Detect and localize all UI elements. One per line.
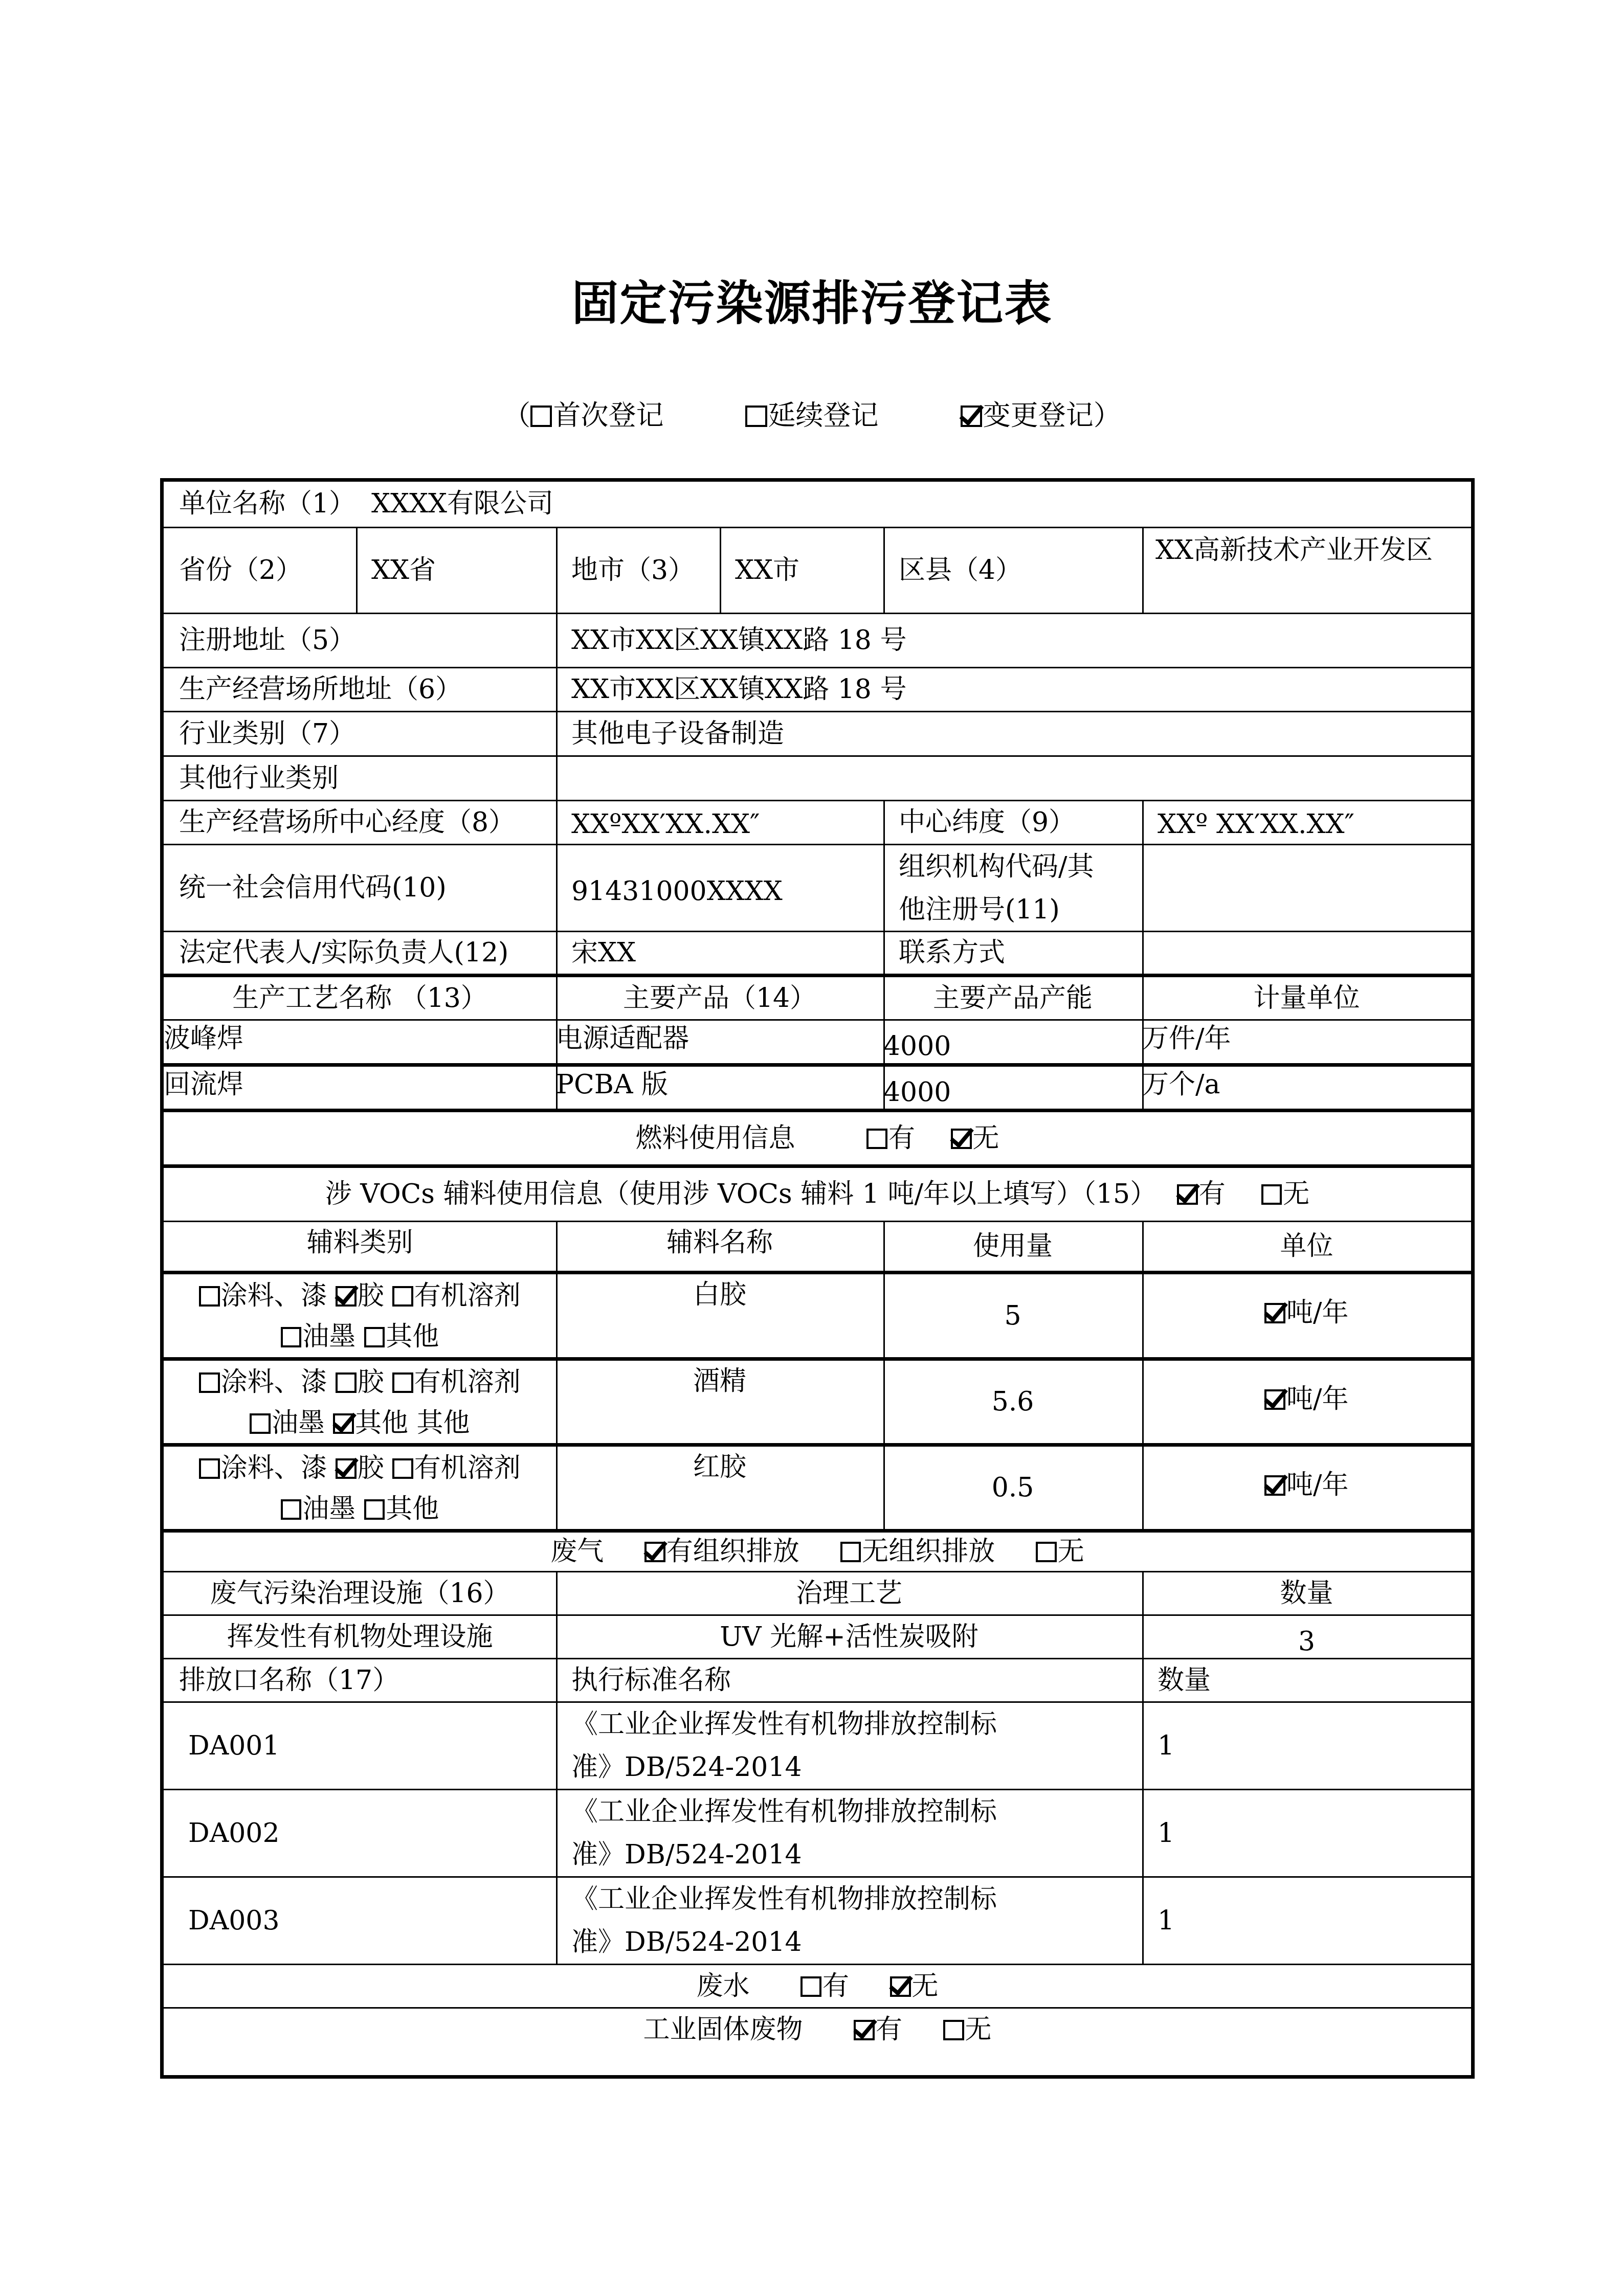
checkbox-checked-icon[interactable] bbox=[1264, 1389, 1285, 1410]
cat-glue[interactable]: 胶 bbox=[336, 1367, 384, 1398]
production-row-2-process[interactable]: 回流焊 bbox=[164, 1067, 556, 1109]
checkbox-checked-icon[interactable] bbox=[1264, 1303, 1285, 1324]
cat-solvent[interactable]: 有机溶剂 bbox=[392, 1280, 521, 1311]
facility-header-name: 废气污染治理设施（16） bbox=[164, 1572, 556, 1614]
checkbox-icon[interactable] bbox=[336, 1372, 357, 1393]
vocs-row-2-name[interactable]: 酒精 bbox=[556, 1361, 883, 1443]
outlet-3-count[interactable]: 1 bbox=[1142, 1878, 1471, 1964]
table-divider bbox=[883, 1222, 885, 1529]
checkbox-icon[interactable] bbox=[364, 1327, 385, 1348]
vocs-row-3-name[interactable]: 红胶 bbox=[556, 1447, 883, 1529]
table-divider bbox=[556, 614, 558, 974]
waste-water-option-no[interactable]: 无 bbox=[890, 1971, 939, 2001]
waste-water-option-yes[interactable]: 有 bbox=[800, 1971, 849, 2001]
cat-coating[interactable]: 涂料、漆 bbox=[199, 1280, 327, 1311]
cat-other[interactable]: 其他 bbox=[333, 1408, 408, 1438]
checkbox-checked-icon[interactable] bbox=[961, 406, 982, 427]
table-divider bbox=[1142, 528, 1144, 613]
vocs-header-amount: 使用量 bbox=[883, 1222, 1142, 1271]
checkbox-checked-icon[interactable] bbox=[644, 1542, 665, 1563]
table-divider bbox=[556, 977, 558, 1109]
option-renewal-registration[interactable]: 延续登记 bbox=[745, 394, 878, 433]
contact-value[interactable] bbox=[1142, 932, 1471, 974]
vocs-row-1-unit[interactable]: 吨/年 bbox=[1142, 1274, 1471, 1357]
solid-waste-row: 工业固体废物有无 bbox=[164, 2009, 1471, 2051]
production-header-product: 主要产品（14） bbox=[556, 977, 883, 1019]
option-first-registration[interactable]: 首次登记 bbox=[530, 394, 663, 433]
table-divider bbox=[164, 1443, 1471, 1447]
checkbox-checked-icon[interactable] bbox=[854, 2020, 875, 2041]
cat-ink[interactable]: 油墨 bbox=[250, 1408, 325, 1438]
latitude-value[interactable]: XXº XX′XX.XX″ bbox=[1142, 801, 1471, 844]
latitude-label: 中心纬度（9） bbox=[883, 801, 1142, 844]
unit-name-label: 单位名称（1） bbox=[164, 482, 356, 527]
waste-gas-option-unorganized[interactable]: 无组织排放 bbox=[840, 1536, 995, 1567]
facility-count[interactable]: 3 bbox=[1142, 1616, 1471, 1658]
table-divider bbox=[1142, 977, 1144, 1109]
checkbox-icon[interactable] bbox=[943, 2020, 964, 2041]
table-divider bbox=[356, 528, 358, 613]
cat-ink[interactable]: 油墨 bbox=[281, 1494, 356, 1524]
checkbox-icon[interactable] bbox=[840, 1542, 861, 1563]
outlet-2-count[interactable]: 1 bbox=[1142, 1790, 1471, 1876]
checkbox-icon[interactable] bbox=[364, 1499, 385, 1520]
reg-address-value[interactable]: XX市XX区XX镇XX路 18 号 bbox=[556, 614, 1471, 667]
site-address-label: 生产经营场所地址（6） bbox=[164, 668, 556, 711]
outlet-1-count[interactable]: 1 bbox=[1142, 1703, 1471, 1789]
facility-process[interactable]: UV 光解+活性炭吸附 bbox=[556, 1616, 1142, 1658]
county-label: 区县（4） bbox=[883, 528, 1142, 613]
table-divider bbox=[164, 1271, 1471, 1274]
legal-rep-value[interactable]: 宋XX bbox=[556, 932, 883, 974]
waste-water-row: 废水有无 bbox=[164, 1965, 1471, 2007]
other-industry-label: 其他行业类别 bbox=[164, 757, 556, 800]
cat-glue[interactable]: 胶 bbox=[336, 1280, 384, 1311]
checkbox-icon[interactable] bbox=[530, 406, 552, 427]
production-row-1-process[interactable]: 波峰焊 bbox=[164, 1021, 556, 1063]
table-divider bbox=[556, 1222, 558, 1529]
outlet-1-name[interactable]: DA001 bbox=[164, 1703, 556, 1789]
city-label: 地市（3） bbox=[556, 528, 720, 613]
table-divider bbox=[164, 1357, 1471, 1361]
checkbox-icon[interactable] bbox=[392, 1286, 413, 1307]
solid-waste-option-no[interactable]: 无 bbox=[943, 2014, 992, 2045]
table-divider bbox=[164, 1063, 1471, 1067]
table-divider bbox=[883, 801, 885, 974]
province-value[interactable]: XX省 bbox=[356, 528, 556, 613]
vocs-row-3-amount[interactable]: 0.5 bbox=[883, 1447, 1142, 1529]
checkbox-icon[interactable] bbox=[1261, 1184, 1282, 1205]
checkbox-icon[interactable] bbox=[199, 1458, 220, 1479]
registration-form-table: 单位名称（1） XXXX有限公司 省份（2） XX省 地市（3） XX市 区县（… bbox=[160, 478, 1475, 2079]
contact-label: 联系方式 bbox=[883, 932, 1142, 974]
checkbox-icon[interactable] bbox=[199, 1372, 220, 1393]
outlet-header-count: 数量 bbox=[1142, 1659, 1471, 1701]
fuel-option-no[interactable]: 无 bbox=[951, 1123, 999, 1154]
longitude-label: 生产经营场所中心经度（8） bbox=[164, 801, 556, 844]
longitude-value[interactable]: XXºXX′XX.XX″ bbox=[556, 801, 883, 844]
vocs-row-2-category: 涂料、漆 胶 有机溶剂 油墨 其他 其他 bbox=[164, 1361, 556, 1443]
cat-other[interactable]: 其他 bbox=[364, 1321, 439, 1352]
vocs-row-1-category: 涂料、漆 胶 有机溶剂 油墨 其他 bbox=[164, 1274, 556, 1357]
outlet-2-name[interactable]: DA002 bbox=[164, 1790, 556, 1876]
checkbox-checked-icon[interactable] bbox=[333, 1413, 354, 1434]
option-change-registration[interactable]: 变更登记 bbox=[961, 394, 1094, 433]
county-value[interactable]: XX高新技术产业开发区 bbox=[1142, 528, 1471, 613]
registration-type-line: （首次登记延续登记变更登记） bbox=[0, 394, 1624, 433]
city-value[interactable]: XX市 bbox=[720, 528, 883, 613]
reg-address-label: 注册地址（5） bbox=[164, 614, 556, 667]
legal-rep-label: 法定代表人/实际负责人(12) bbox=[164, 932, 556, 974]
solid-waste-option-yes[interactable]: 有 bbox=[854, 2014, 902, 2045]
checkbox-icon[interactable] bbox=[281, 1327, 302, 1348]
checkbox-icon[interactable] bbox=[392, 1458, 413, 1479]
table-divider bbox=[556, 1572, 558, 1964]
industry-value[interactable]: 其他电子设备制造 bbox=[556, 712, 1471, 755]
vocs-header-name: 辅料名称 bbox=[556, 1222, 883, 1271]
table-divider bbox=[164, 974, 1471, 977]
checkbox-icon[interactable] bbox=[1036, 1542, 1057, 1563]
vocs-option-no[interactable]: 无 bbox=[1261, 1179, 1310, 1209]
vocs-row-1-name[interactable]: 白胶 bbox=[556, 1274, 883, 1357]
org-code-label: 组织机构代码/其他注册号(11) bbox=[883, 845, 1142, 931]
cat-coating[interactable]: 涂料、漆 bbox=[199, 1453, 327, 1483]
production-row-2-capacity[interactable]: 4000 bbox=[883, 1067, 1142, 1109]
checkbox-checked-icon[interactable] bbox=[336, 1458, 357, 1479]
table-divider bbox=[1142, 1222, 1144, 1529]
cat-solvent[interactable]: 有机溶剂 bbox=[392, 1367, 521, 1398]
table-divider bbox=[164, 1164, 1471, 1168]
fuel-usage-row: 燃料使用信息有无 bbox=[164, 1112, 1471, 1164]
checkbox-icon[interactable] bbox=[199, 1286, 220, 1307]
credit-code-value[interactable]: 91431000XXXX bbox=[556, 845, 883, 931]
cat-glue[interactable]: 胶 bbox=[336, 1453, 384, 1483]
facility-header-process: 治理工艺 bbox=[556, 1572, 1142, 1614]
checkbox-checked-icon[interactable] bbox=[951, 1129, 972, 1150]
open-paren: （ bbox=[503, 394, 530, 433]
outlet-3-standard[interactable]: 《工业企业挥发性有机物排放控制标准》DB/524-2014 bbox=[556, 1878, 1142, 1964]
checkbox-checked-icon[interactable] bbox=[1177, 1184, 1198, 1205]
checkbox-checked-icon[interactable] bbox=[336, 1286, 357, 1307]
table-divider bbox=[1142, 801, 1144, 974]
cat-solvent[interactable]: 有机溶剂 bbox=[392, 1453, 521, 1483]
cat-ink[interactable]: 油墨 bbox=[281, 1321, 356, 1352]
cat-other-text[interactable]: 其他 bbox=[417, 1408, 470, 1438]
outlet-1-standard[interactable]: 《工业企业挥发性有机物排放控制标准》DB/524-2014 bbox=[556, 1703, 1142, 1789]
outlet-2-standard[interactable]: 《工业企业挥发性有机物排放控制标准》DB/524-2014 bbox=[556, 1790, 1142, 1876]
production-header-capacity: 主要产品产能 bbox=[883, 977, 1142, 1019]
vocs-row-3-unit[interactable]: 吨/年 bbox=[1142, 1447, 1471, 1529]
vocs-row-3-category: 涂料、漆 胶 有机溶剂 油墨 其他 bbox=[164, 1447, 556, 1529]
vocs-option-yes[interactable]: 有 bbox=[1177, 1179, 1226, 1209]
table-divider bbox=[164, 1529, 1471, 1533]
production-row-1-product[interactable]: 电源适配器 bbox=[556, 1021, 883, 1063]
checkbox-icon[interactable] bbox=[250, 1413, 271, 1434]
waste-gas-option-organized[interactable]: 有组织排放 bbox=[644, 1536, 799, 1567]
close-paren: ） bbox=[1094, 394, 1121, 433]
site-address-value[interactable]: XX市XX区XX镇XX路 18 号 bbox=[556, 668, 1471, 711]
production-header-unit: 计量单位 bbox=[1142, 977, 1471, 1019]
checkbox-icon[interactable] bbox=[800, 1976, 821, 1997]
industry-label: 行业类别（7） bbox=[164, 712, 556, 755]
checkbox-icon[interactable] bbox=[392, 1372, 413, 1393]
vocs-row-2-unit[interactable]: 吨/年 bbox=[1142, 1361, 1471, 1443]
table-divider bbox=[883, 528, 885, 613]
table-divider bbox=[883, 977, 885, 1109]
table-divider bbox=[1142, 1572, 1144, 1964]
checkbox-checked-icon[interactable] bbox=[1264, 1475, 1285, 1496]
waste-gas-row: 废气有组织排放无组织排放无 bbox=[164, 1533, 1471, 1571]
production-header-process: 生产工艺名称 （13） bbox=[164, 977, 556, 1019]
cat-other[interactable]: 其他 bbox=[364, 1494, 439, 1524]
vocs-header-unit: 单位 bbox=[1142, 1222, 1471, 1271]
outlet-header-name: 排放口名称（17） bbox=[164, 1659, 556, 1701]
table-divider bbox=[556, 528, 558, 613]
production-row-1-unit[interactable]: 万件/年 bbox=[1142, 1021, 1471, 1063]
waste-gas-option-none[interactable]: 无 bbox=[1036, 1536, 1084, 1567]
unit-name-value[interactable]: XXXX有限公司 bbox=[356, 482, 1471, 527]
production-row-2-unit[interactable]: 万个/a bbox=[1142, 1067, 1471, 1109]
org-code-value[interactable] bbox=[1142, 845, 1471, 931]
outlet-3-name[interactable]: DA003 bbox=[164, 1878, 556, 1964]
vocs-row-1-amount[interactable]: 5 bbox=[883, 1274, 1142, 1357]
vocs-usage-row: 涉 VOCs 辅料使用信息（使用涉 VOCs 辅料 1 吨/年以上填写）（15）… bbox=[164, 1168, 1471, 1221]
vocs-row-2-amount[interactable]: 5.6 bbox=[883, 1361, 1142, 1443]
checkbox-checked-icon[interactable] bbox=[890, 1976, 911, 1997]
vocs-header-category: 辅料类别 bbox=[164, 1222, 556, 1271]
checkbox-icon[interactable] bbox=[281, 1499, 302, 1520]
checkbox-icon[interactable] bbox=[866, 1129, 887, 1150]
outlet-header-standard: 执行标准名称 bbox=[556, 1659, 1142, 1701]
facility-name[interactable]: 挥发性有机物处理设施 bbox=[164, 1616, 556, 1658]
table-divider bbox=[164, 1109, 1471, 1112]
checkbox-icon[interactable] bbox=[745, 406, 767, 427]
facility-header-count: 数量 bbox=[1142, 1572, 1471, 1614]
cat-coating[interactable]: 涂料、漆 bbox=[199, 1367, 327, 1398]
form-title: 固定污染源排污登记表 bbox=[0, 266, 1624, 333]
province-label: 省份（2） bbox=[164, 528, 356, 613]
table-divider bbox=[720, 528, 721, 613]
fuel-option-yes[interactable]: 有 bbox=[866, 1123, 915, 1154]
production-row-1-capacity[interactable]: 4000 bbox=[883, 1021, 1142, 1063]
credit-code-label: 统一社会信用代码(10) bbox=[164, 845, 556, 931]
other-industry-value[interactable] bbox=[556, 757, 1471, 800]
production-row-2-product[interactable]: PCBA 版 bbox=[556, 1067, 883, 1109]
